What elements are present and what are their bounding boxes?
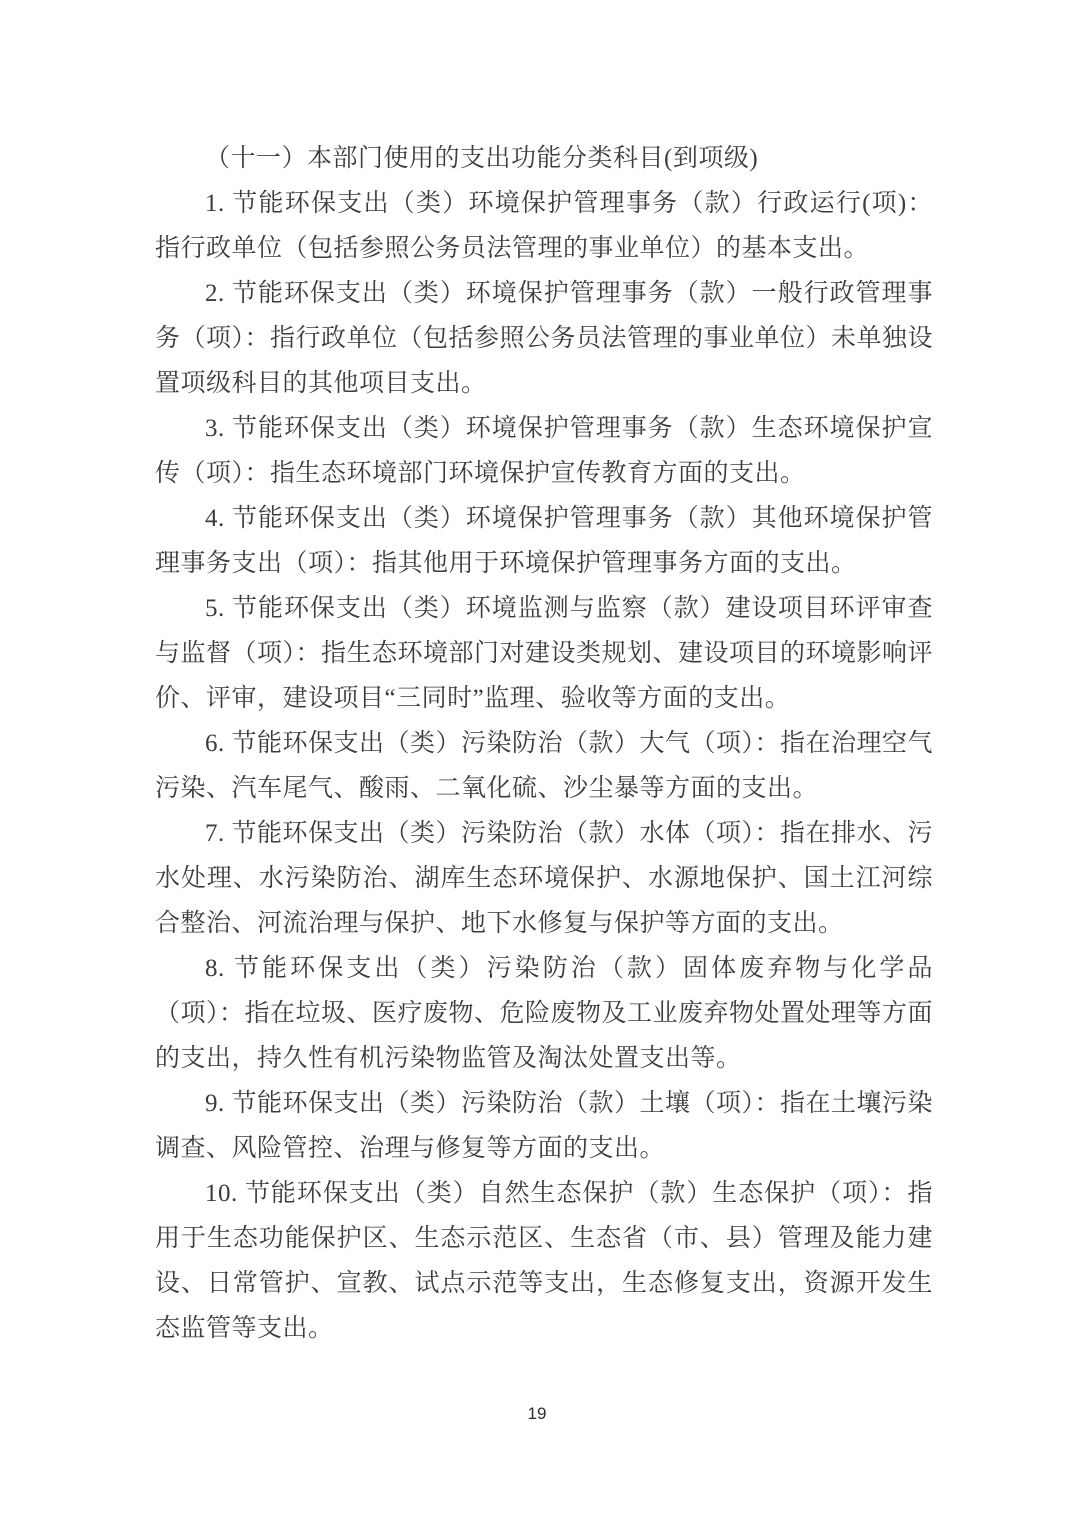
paragraph-item-2: 2. 节能环保支出（类）环境保护管理事务（款）一般行政管理事务（项）：指行政单位… xyxy=(155,271,933,406)
paragraph-item-7: 7. 节能环保支出（类）污染防治（款）水体（项）：指在排水、污水处理、水污染防治… xyxy=(155,811,933,946)
document-body: （十一）本部门使用的支出功能分类科目(到项级) 1. 节能环保支出（类）环境保护… xyxy=(155,136,933,1351)
paragraph-item-6: 6. 节能环保支出（类）污染防治（款）大气（项）：指在治理空气污染、汽车尾气、酸… xyxy=(155,721,933,811)
paragraph-item-9: 9. 节能环保支出（类）污染防治（款）土壤（项）：指在土壤污染调查、风险管控、治… xyxy=(155,1081,933,1171)
paragraph-item-5: 5. 节能环保支出（类）环境监测与监察（款）建设项目环评审查与监督（项）：指生态… xyxy=(155,586,933,721)
page-footer: 19 xyxy=(0,1404,1074,1424)
paragraph-item-3: 3. 节能环保支出（类）环境保护管理事务（款）生态环境保护宣传（项）：指生态环境… xyxy=(155,406,933,496)
paragraph-item-8: 8. 节能环保支出（类）污染防治（款）固体废弃物与化学品（项）：指在垃圾、医疗废… xyxy=(155,946,933,1081)
paragraph-item-1: 1. 节能环保支出（类）环境保护管理事务（款）行政运行(项)：指行政单位（包括参… xyxy=(155,181,933,271)
section-heading: （十一）本部门使用的支出功能分类科目(到项级) xyxy=(155,136,933,181)
page-number: 19 xyxy=(528,1404,547,1423)
paragraph-item-4: 4. 节能环保支出（类）环境保护管理事务（款）其他环境保护管理事务支出（项）：指… xyxy=(155,496,933,586)
document-page: （十一）本部门使用的支出功能分类科目(到项级) 1. 节能环保支出（类）环境保护… xyxy=(0,0,1074,1520)
paragraph-item-10: 10. 节能环保支出（类）自然生态保护（款）生态保护（项）：指用于生态功能保护区… xyxy=(155,1171,933,1351)
